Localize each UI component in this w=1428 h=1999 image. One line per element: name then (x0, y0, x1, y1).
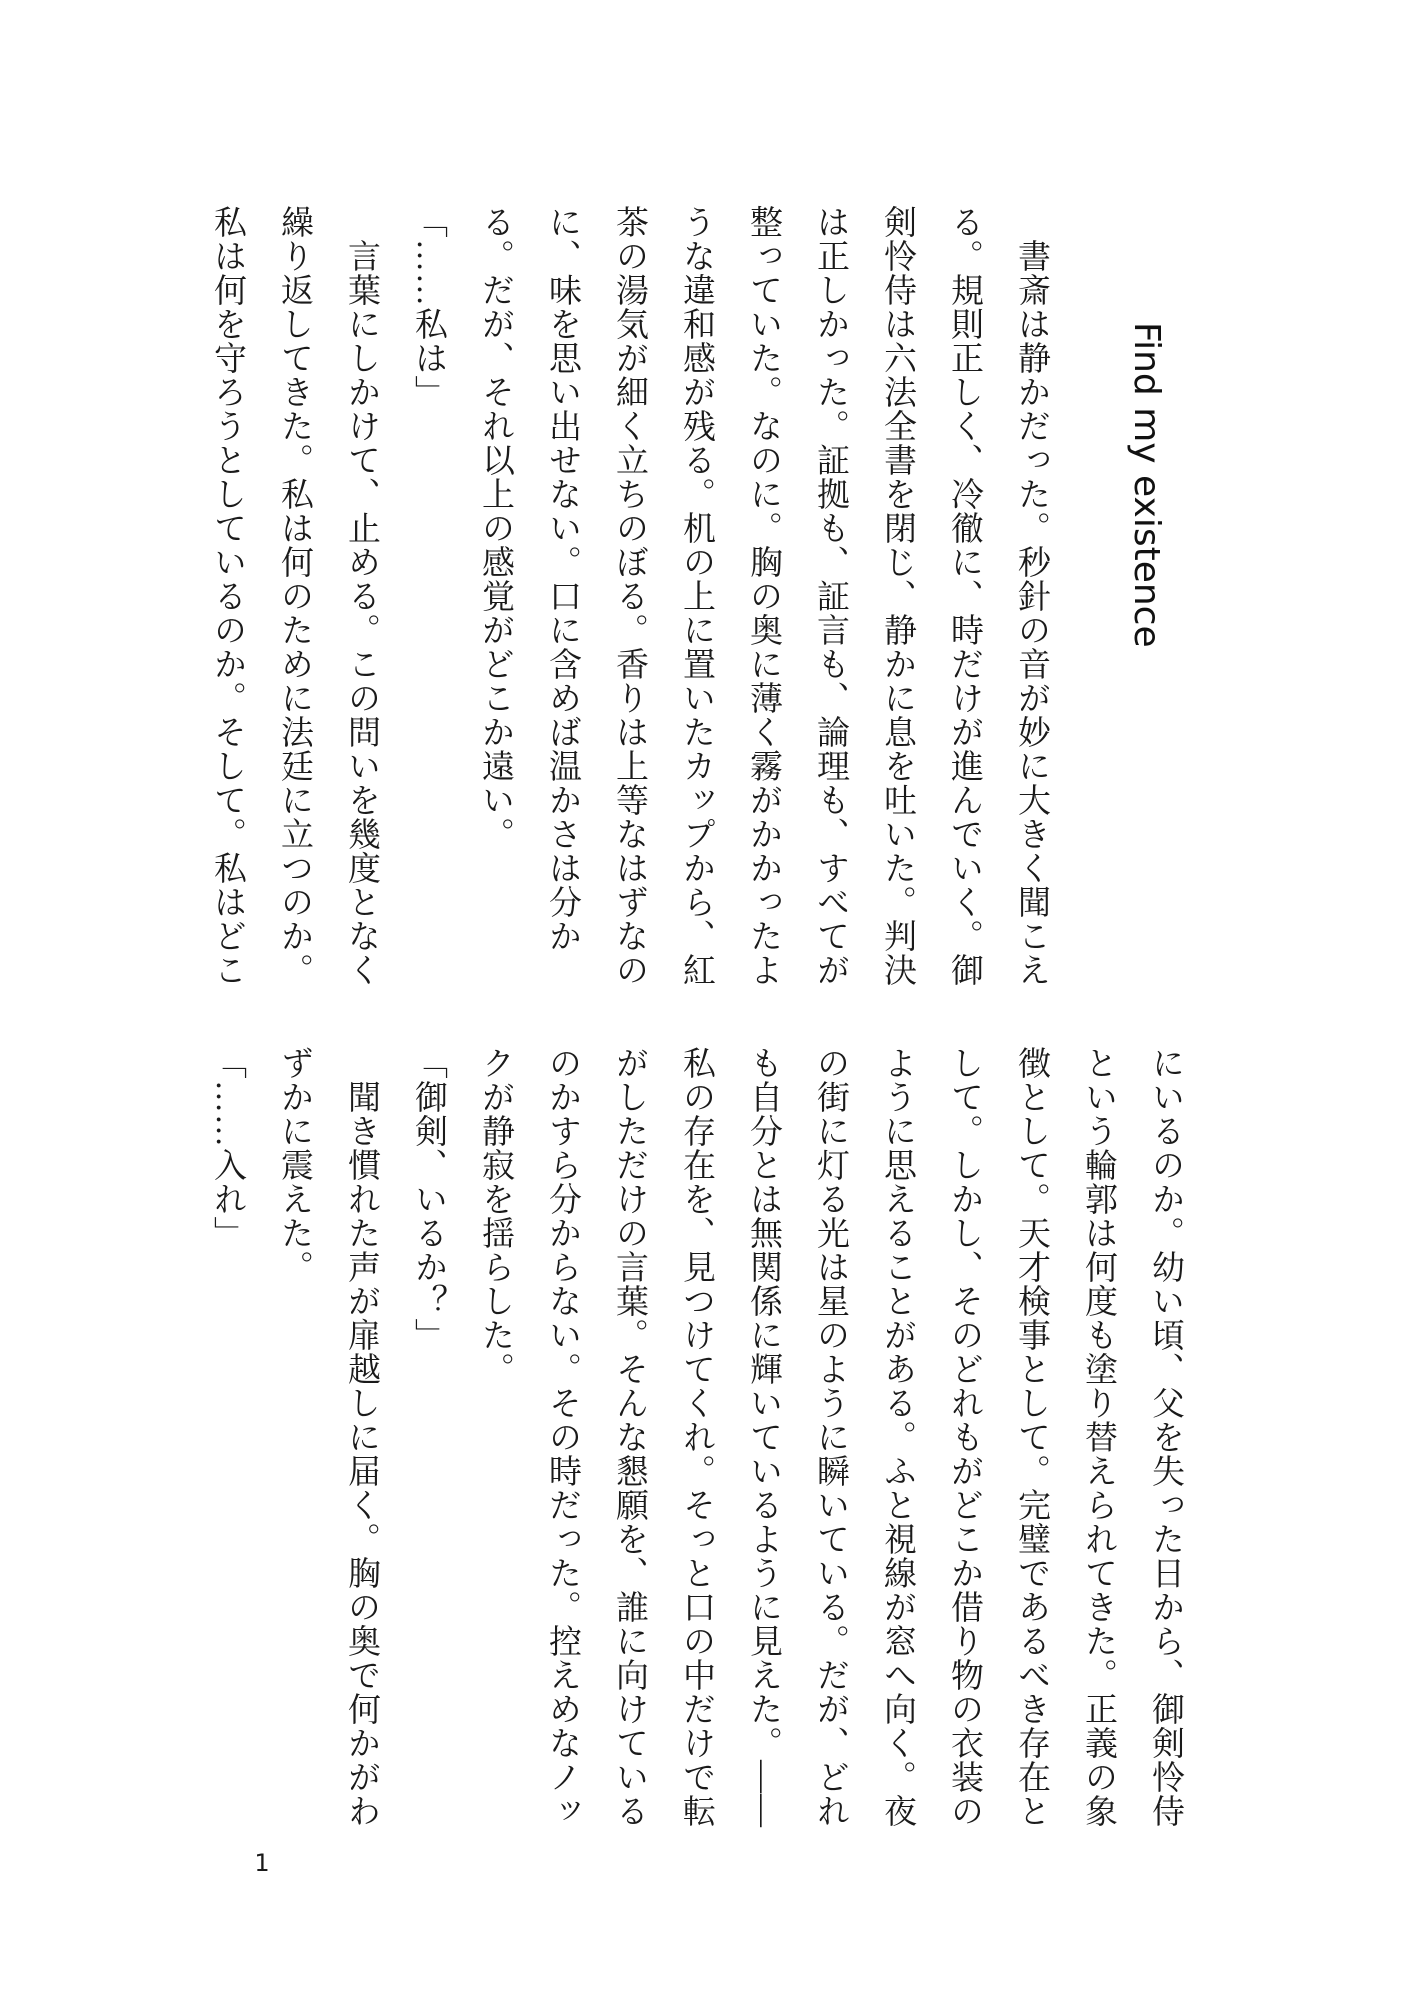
paragraph-dialogue: 「……私は」 (394, 205, 461, 993)
page-title: Find my existence (1126, 322, 1167, 682)
paragraph: にいるのか。幼い頃、父を失った日から、御剣怜侍という輪郭は何度も塗り替えられてき… (461, 1046, 1198, 1834)
paragraph: 言葉にしかけて、止める。この問いを幾度となく繰り返してきた。私は何のために法廷に… (193, 205, 394, 993)
paragraph-dialogue: 「御剣、いるか？」 (394, 1046, 461, 1834)
paragraph: 書斎は静かだった。秒針の音が妙に大きく聞こえる。規則正しく、冷徹に、時だけが進ん… (461, 205, 1064, 993)
upper-text-block: 書斎は静かだった。秒針の音が妙に大きく聞こえる。規則正しく、冷徹に、時だけが進ん… (193, 205, 1064, 993)
novel-page: Find my existence 書斎は静かだった。秒針の音が妙に大きく聞こえ… (0, 0, 1428, 1999)
page-number: 1 (248, 1849, 276, 1877)
paragraph-dialogue: 「……入れ」 (193, 1046, 260, 1834)
lower-text-block: にいるのか。幼い頃、父を失った日から、御剣怜侍という輪郭は何度も塗り替えられてき… (193, 1046, 1198, 1834)
paragraph: 聞き慣れた声が扉越しに届く。胸の奥で何かがわずかに震えた。 (260, 1046, 394, 1834)
